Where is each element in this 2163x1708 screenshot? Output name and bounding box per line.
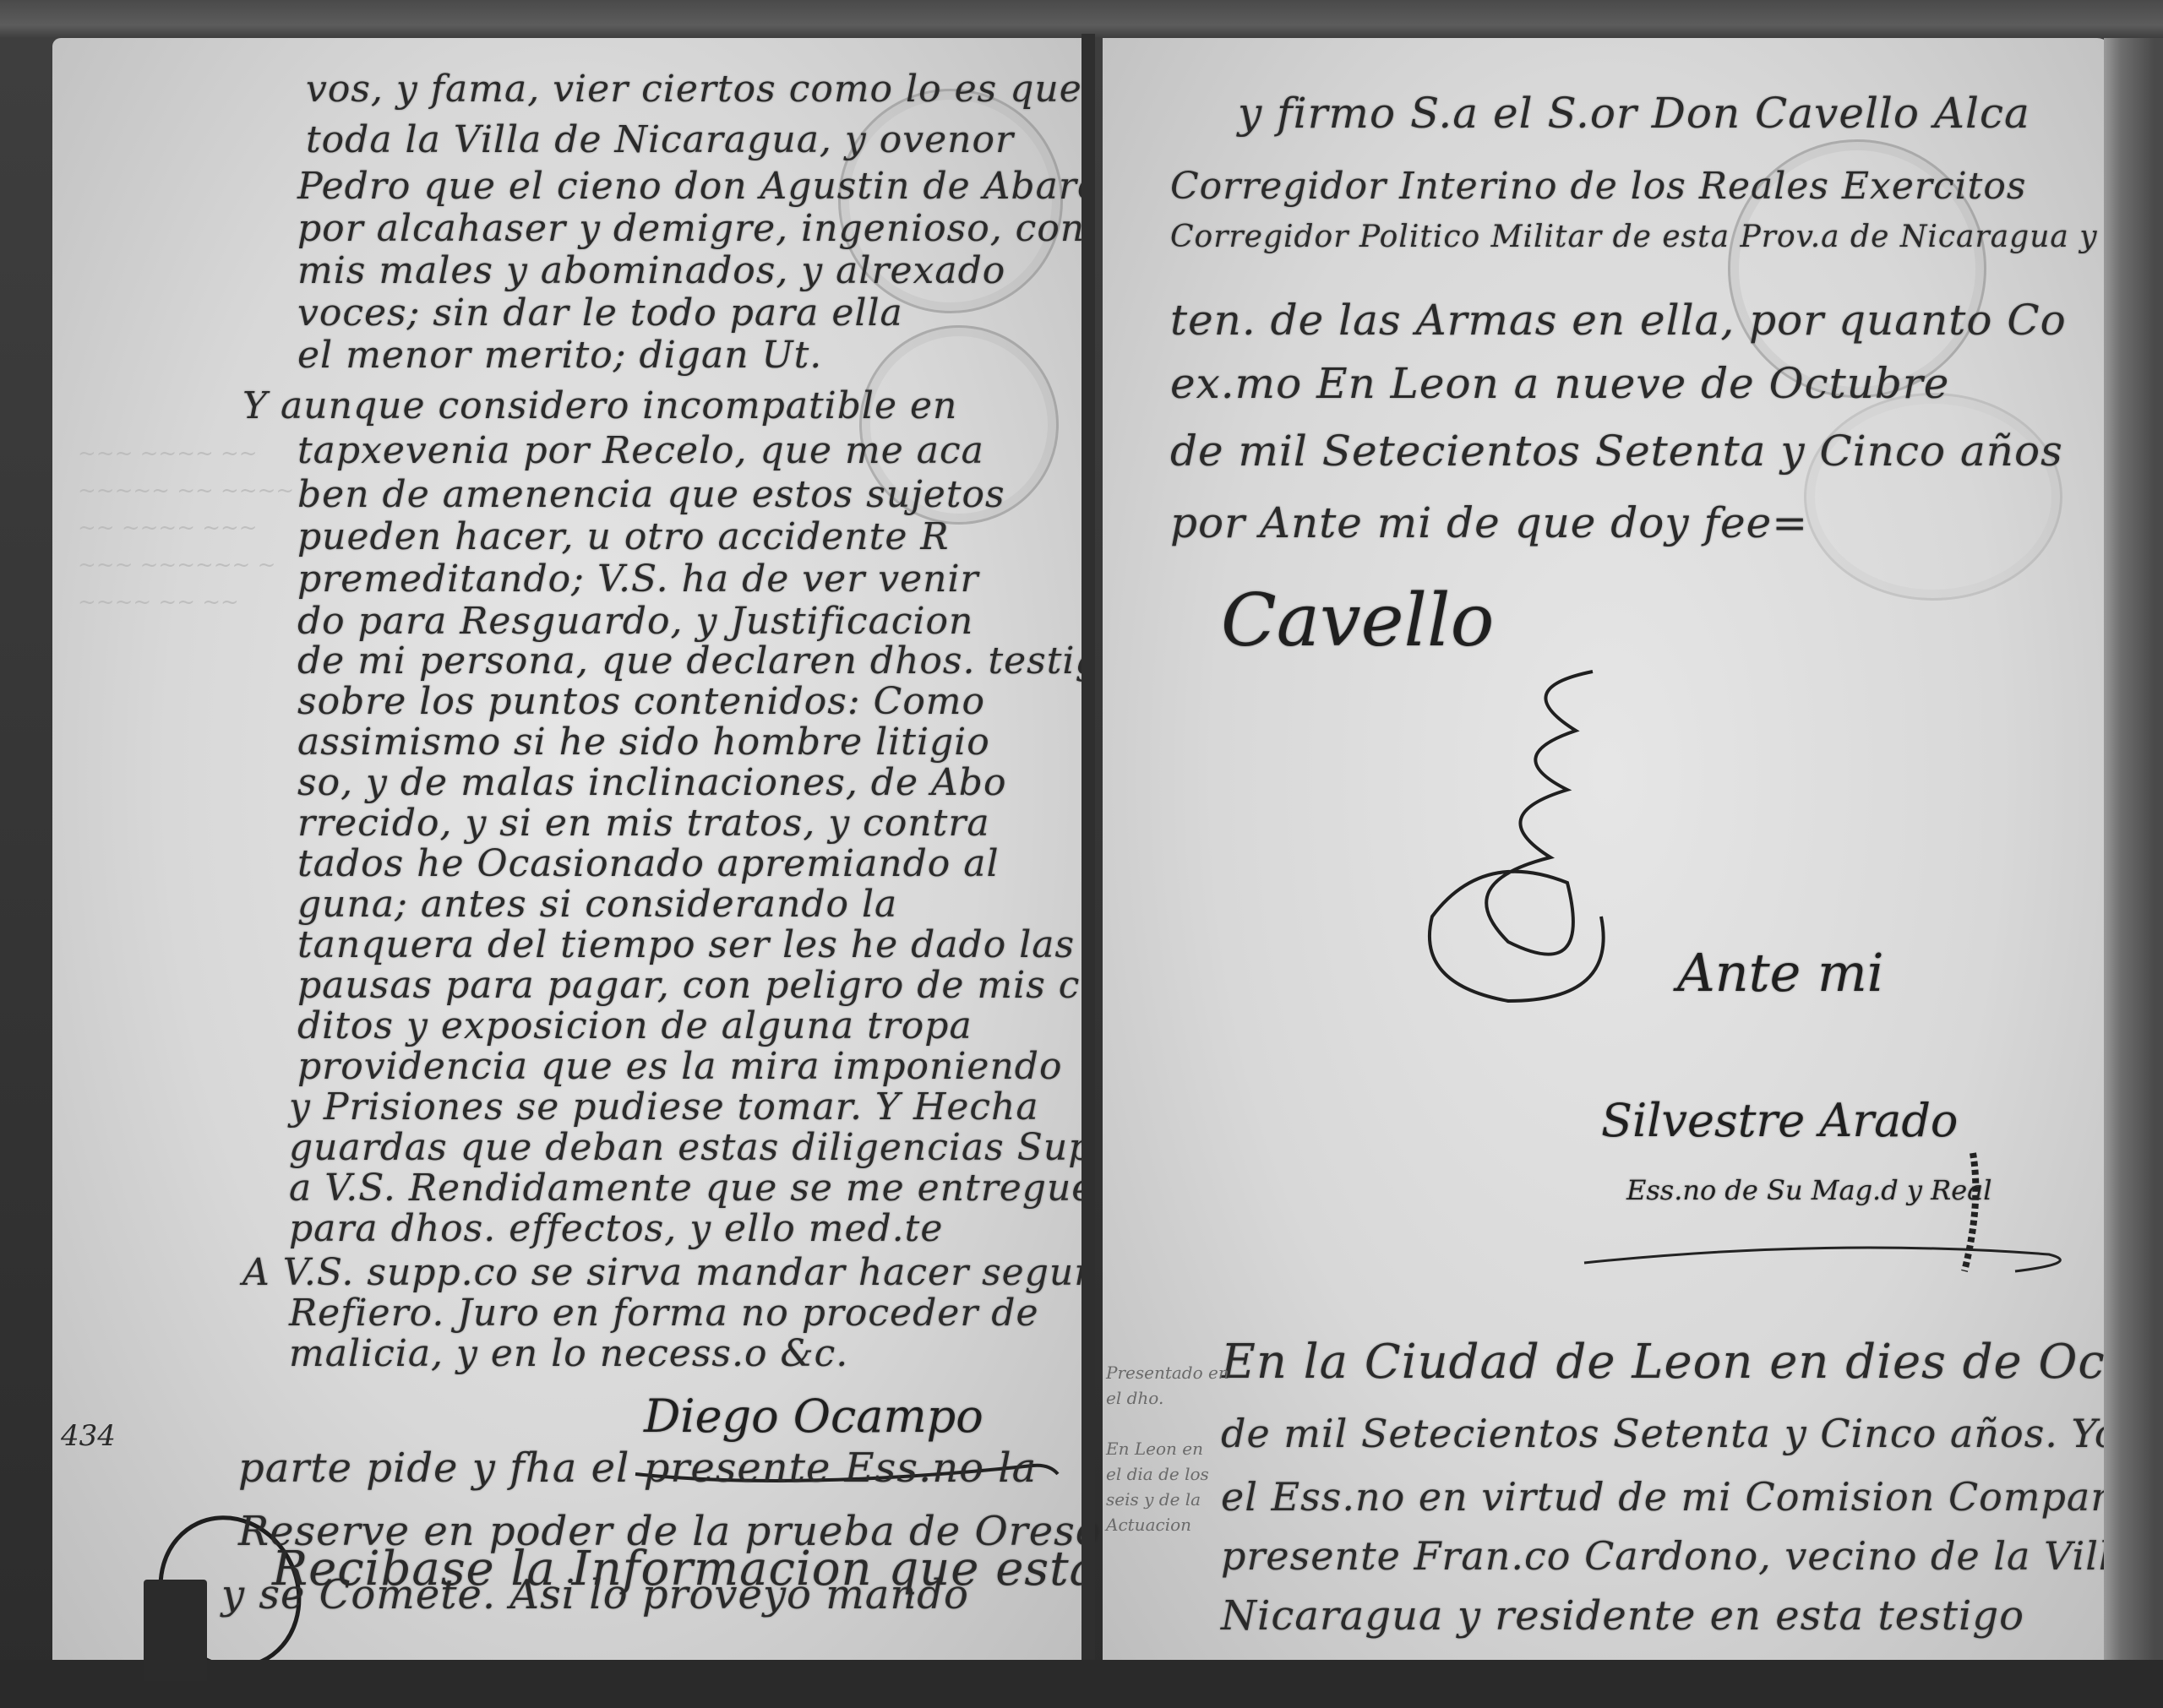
text-line: por alcahaser y demigre, ingenioso, con — [297, 207, 1085, 250]
text-line: Pedro que el cieno don Agustin de Abarca — [297, 165, 1093, 208]
text-line: tados he Ocasionado apremiando al — [297, 842, 1000, 885]
official-signature: Cavello — [1221, 579, 1494, 663]
right-page: y firmo S.a el S.or Don Cavello Alca Cor… — [1103, 38, 2112, 1673]
text-line: Reserve en poder de la prueba de Oreso — [238, 1508, 1101, 1555]
text-line: vos, y fama, vier ciertos como lo es que… — [306, 68, 1093, 111]
text-line: parte pide y fha el presente Ess.no la — [238, 1444, 1037, 1492]
scan-bottom-edge — [0, 1660, 2163, 1708]
text-line: malicia, y en lo necess.o &c. — [289, 1332, 848, 1375]
left-page: ~~~ ~~~~ ~~ ~~~~~ ~~ ~~~~ ~~ ~~~~ ~~~ ~~… — [52, 38, 1093, 1673]
text-line: y se Comete. Asi lo proveyo mando — [221, 1571, 969, 1618]
seal-stamp — [1804, 393, 2062, 601]
text-line: pausas para pagar, con peligro de mis cr… — [297, 964, 1093, 1007]
text-line: Corregidor Politico Militar de esta Prov… — [1170, 220, 2112, 254]
text-line: tapxevenia por Recelo, que me aca — [297, 429, 984, 472]
text-line: y Prisiones se pudiese tomar. Y Hecha — [289, 1085, 1039, 1129]
text-line: premeditando; V.S. ha de ver venir — [297, 558, 979, 601]
text-line: por Ante mi de que doy fee= — [1170, 498, 1808, 547]
text-line: guna; antes si considerando la — [297, 883, 897, 926]
text-line: assimismo si he sido hombre litigio — [297, 721, 990, 764]
folio-number: 434 — [61, 1423, 116, 1449]
text-line: Y aunque considero incompatible en — [242, 384, 957, 427]
text-line: En la Ciudad de Leon en dies de Octubre — [1221, 1335, 2112, 1390]
text-line: ditos y exposicion de alguna tropa — [297, 1004, 973, 1047]
book-gutter — [1081, 34, 1095, 1708]
bleed-through-text: ~~~ ~~~~ ~~ ~~~~~ ~~ ~~~~ ~~ ~~~~ ~~~ ~~… — [78, 435, 294, 621]
text-line: rrecido, y si en mis tratos, y contra — [297, 802, 990, 845]
binding-clip — [144, 1580, 207, 1681]
text-line: a V.S. Rendidamente que se me entreguen — [289, 1167, 1093, 1210]
text-line: el menor merito; digan Ut. — [297, 334, 822, 377]
text-line: Refiero. Juro en forma no proceder de — [289, 1292, 1039, 1335]
text-line: tanquera del tiempo ser les he dado las — [297, 923, 1075, 966]
text-line: y firmo S.a el S.or Don Cavello Alca — [1238, 89, 2030, 138]
text-line: el Ess.no en virtud de mi Comision Compa… — [1221, 1474, 2112, 1520]
margin-annotation: Presentado en el dho. En Leon en el dia … — [1106, 1360, 1229, 1537]
rubric-flourish — [1381, 663, 1669, 1018]
text-line: do para Resguardo, y Justificacion — [297, 600, 973, 643]
text-line: providencia que es la mira imponiendo — [297, 1045, 1062, 1088]
page-edge — [2104, 38, 2163, 1708]
text-line: ex.mo En Leon a nueve de Octubre — [1170, 359, 1949, 408]
text-line: so, y de malas inclinaciones, de Abo — [297, 761, 1006, 804]
text-line: de mi persona, que declaren dhos. testig… — [297, 639, 1093, 683]
text-line: voces; sin dar le todo para ella — [297, 291, 903, 335]
text-line: ben de amenencia que estos sujetos — [297, 473, 1005, 516]
text-line: toda la Villa de Nicaragua, y ovenor — [306, 118, 1014, 161]
text-line: ten. de las Armas en ella, por quanto Co — [1170, 296, 2067, 345]
text-line: presente Fran.co Cardono, vecino de la V… — [1221, 1533, 2112, 1579]
text-line: para dhos. effectos, y ello med.te — [289, 1207, 943, 1250]
petitioner-signature: Diego Ocampo — [644, 1390, 983, 1443]
text-line: sobre los puntos contenidos: Como — [297, 680, 985, 723]
ante-mi-label: Ante mi — [1677, 942, 1884, 1004]
text-line: Nicaragua y residente en esta testigo — [1221, 1592, 2024, 1640]
text-line: Corregidor Interino de los Reales Exerci… — [1170, 165, 2026, 208]
text-line: guardas que deban estas diligencias Supl… — [289, 1126, 1093, 1169]
text-line: pueden hacer, u otro accidente R — [297, 515, 949, 558]
text-line: A V.S. supp.co se sirva mandar hacer seg… — [242, 1251, 1093, 1294]
text-line: de mil Setecientos Setenta y Cinco años — [1170, 427, 2063, 476]
notary-rubric — [1576, 1136, 2083, 1280]
text-line: de mil Setecientos Setenta y Cinco años.… — [1221, 1411, 2112, 1456]
text-line: mis males y abominados, y alrexado — [297, 249, 1005, 292]
